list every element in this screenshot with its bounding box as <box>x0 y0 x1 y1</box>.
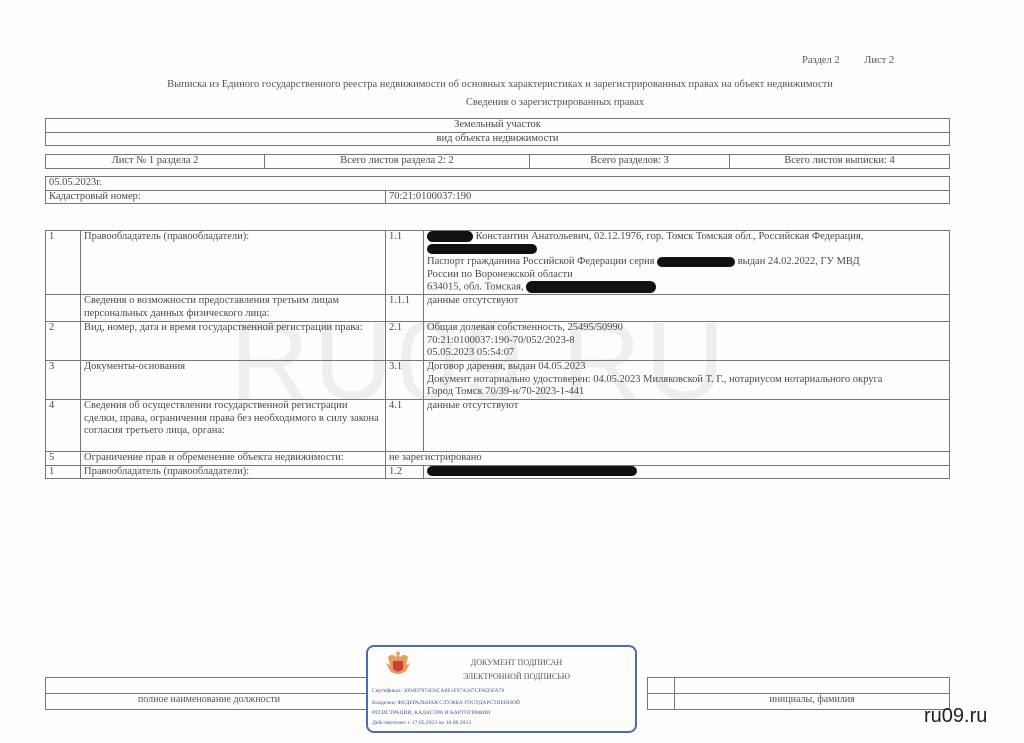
row-value: Договор дарения, выдан 04.05.2023 Докуме… <box>424 361 950 400</box>
table-row: 3 Документы-основания 3.1 Договор дарени… <box>46 361 950 400</box>
row-number: 5 <box>46 452 81 466</box>
notary-registry: Город Томск 70/39-н/70-2023-1-441 <box>427 386 946 399</box>
stamp-validity: Действителен: с 17.05.2022 по 10.08.2023 <box>372 720 471 726</box>
row-label: Правообладатель (правообладатели): <box>81 465 386 479</box>
row-subnumber: 3.1 <box>386 361 424 400</box>
document-title: Выписка из Единого государственного реес… <box>0 79 1000 90</box>
total-extract-sheets: Всего листов выписки: 4 <box>730 155 950 169</box>
site-watermark: ru09.ru <box>924 705 987 728</box>
section-number: Раздел 2 <box>802 55 840 66</box>
row-number <box>46 295 81 322</box>
position-label: полное наименование должности <box>46 694 373 710</box>
table-row: 5 Ограничение прав и обременение объекта… <box>46 452 950 466</box>
stamp-owner-continued: РЕГИСТРАЦИИ, КАДАСТРА И КАРТОГРАФИИ <box>372 710 490 716</box>
total-section-sheets: Всего листов раздела 2: 2 <box>265 155 530 169</box>
row-number: 2 <box>46 322 81 361</box>
table-row: 1 Правообладатель (правообладатели): 1.2 <box>46 465 950 479</box>
registration-datetime: 05.05.2023 05:54:07 <box>427 347 946 360</box>
row-label: Сведения о возможности предоставления тр… <box>81 295 386 322</box>
row-value: Константин Анатольевич, 02.12.1976, гор.… <box>424 231 950 295</box>
extract-date: 05.05.2023г. <box>46 177 950 191</box>
address-line: 634015, обл. Томская, <box>427 281 524 292</box>
section-sheet-label: Раздел 2 Лист 2 <box>802 55 916 66</box>
row-label: Ограничение прав и обременение объекта н… <box>81 452 386 466</box>
basis-document: Договор дарения, выдан 04.05.2023 <box>427 361 946 374</box>
redaction <box>526 281 656 293</box>
meta-table: 05.05.2023г. Кадастровый номер: 70:21:01… <box>45 176 950 204</box>
right-type: Общая долевая собственность, 25495/50990 <box>427 322 946 335</box>
row-subnumber: 1.1.1 <box>386 295 424 322</box>
object-kind-label: вид объекта недвижимости <box>46 132 950 146</box>
row-value: данные отсутствуют <box>424 400 950 452</box>
table-row: 4 Сведения об осуществлении государствен… <box>46 400 950 452</box>
row-value: данные отсутствуют <box>424 295 950 322</box>
row-value: Общая долевая собственность, 25495/50990… <box>424 322 950 361</box>
object-name: Земельный участок <box>46 119 950 133</box>
row-number: 1 <box>46 231 81 295</box>
row-number: 4 <box>46 400 81 452</box>
row-subnumber: 4.1 <box>386 400 424 452</box>
rights-table: 1 Правообладатель (правообладатели): 1.1… <box>45 230 950 479</box>
row-subnumber: 1.1 <box>386 231 424 295</box>
stamp-title: ДОКУМЕНТ ПОДПИСАН <box>368 658 635 667</box>
registration-number: 70:21:0100037:190-70/052/2023-8 <box>427 335 946 348</box>
sheet-no: Лист № 1 раздела 2 <box>46 155 265 169</box>
stamp-owner: Владелец: ФЕДЕРАЛЬНАЯ СЛУЖБА ГОСУДАРСТВЕ… <box>372 700 520 706</box>
row-label: Сведения об осуществлении государственно… <box>81 400 386 452</box>
row-label: Документы-основания <box>81 361 386 400</box>
passport-line: Паспорт гражданина Российской Федерации … <box>427 256 654 267</box>
stamp-subtitle: ЭЛЕКТРОННОЙ ПОДПИСЬЮ <box>368 672 635 681</box>
passport-authority-line: России по Воронежской области <box>427 269 946 282</box>
redaction <box>657 257 735 267</box>
electronic-signature-stamp: ДОКУМЕНТ ПОДПИСАН ЭЛЕКТРОННОЙ ПОДПИСЬЮ С… <box>366 645 637 733</box>
redaction <box>427 231 473 242</box>
redaction <box>427 244 537 254</box>
row-value: не зарегистрировано <box>386 452 950 466</box>
row-value <box>424 465 950 479</box>
sheet-number: Лист 2 <box>864 55 894 66</box>
row-number: 3 <box>46 361 81 400</box>
table-row: Сведения о возможности предоставления тр… <box>46 295 950 322</box>
passport-issued-line: выдан 24.02.2022, ГУ МВД <box>738 256 860 267</box>
sheets-info-table: Лист № 1 раздела 2 Всего листов раздела … <box>45 154 950 169</box>
row-subnumber: 2.1 <box>386 322 424 361</box>
stamp-certificate: Сертификат: 3094D7974D3CA8E1F97A347CFAD5… <box>372 688 504 694</box>
row-label: Правообладатель (правообладатели): <box>81 231 386 295</box>
row-number: 1 <box>46 465 81 479</box>
document-subtitle: Сведения о зарегистрированных правах <box>0 97 1024 108</box>
row-subnumber: 1.2 <box>386 465 424 479</box>
table-row: 1 Правообладатель (правообладатели): 1.1… <box>46 231 950 295</box>
total-sections: Всего разделов: 3 <box>530 155 730 169</box>
object-type-table: Земельный участок вид объекта недвижимос… <box>45 118 950 146</box>
name-label: инициалы, фамилия <box>675 694 950 710</box>
table-row: 2 Вид, номер, дата и время государственн… <box>46 322 950 361</box>
cadastral-number: 70:21:0100037:190 <box>386 190 950 204</box>
redaction <box>427 466 637 476</box>
cadastral-label: Кадастровый номер: <box>46 190 386 204</box>
owner-name-line: Константин Анатольевич, 02.12.1976, гор.… <box>476 231 864 242</box>
row-label: Вид, номер, дата и время государственной… <box>81 322 386 361</box>
notary-info: Документ нотариально удостоверен: 04.05.… <box>427 374 946 387</box>
